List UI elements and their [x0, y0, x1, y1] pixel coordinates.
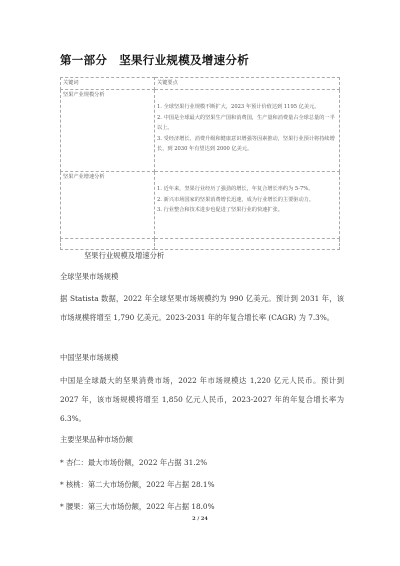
china-heading: 中国坚果市场规模: [60, 353, 118, 363]
row-keyword: 坚果产业增速分析: [61, 172, 155, 239]
section-heading: 坚果行业规模及增速分析: [84, 251, 164, 261]
point: 3. 受经济增长、消费升级和健康意识增强等因素推动，坚果行业预计将持续增长，到 …: [157, 134, 337, 155]
header-keyword: 关键词: [61, 78, 155, 90]
variety-item: * 杏仁：最大市场份额，2022 年占据 31.2%: [60, 458, 207, 468]
china-paragraph: 中国是全球最大的坚果消费市场，2022 年市场规模达 1,220 亿元人民币。预…: [60, 371, 344, 428]
page-title: 第一部分坚果行业规模及增速分析: [60, 52, 249, 68]
global-paragraph: 据 Statista 数据，2022 年全球坚果市场规模约为 990 亿美元。预…: [60, 289, 344, 327]
point: 3. 行业整合和技术进步也促进了坚果行业的快速扩张。: [157, 205, 337, 216]
row-points: 1. 全球坚果行业规模不断扩大，2023 年预计价值达到 1195 亿美元。 2…: [155, 90, 340, 172]
point: 2. 新兴市场国家的坚果消费增长迅速，成为行业增长的主要驱动力。: [157, 195, 337, 206]
header-points: 关键要点: [155, 78, 340, 90]
global-heading: 全球坚果市场规模: [60, 272, 118, 282]
variety-item: * 核桃：第二大市场份额，2022 年占据 28.1%: [60, 480, 215, 490]
variety-item: * 腰果：第三大市场份额，2022 年占据 18.0%: [60, 502, 215, 512]
title-text: 坚果行业规模及增速分析: [119, 53, 249, 67]
table-row: 坚果产业规模分析 1. 全球坚果行业规模不断扩大，2023 年预计价值达到 11…: [61, 90, 340, 172]
table-row-empty: [61, 239, 340, 250]
key-points-table: 关键词 关键要点 坚果产业规模分析 1. 全球坚果行业规模不断扩大，2023 年…: [60, 77, 340, 250]
page-number: 2 / 24: [0, 516, 400, 522]
empty-cell: [61, 239, 155, 250]
table-row: 坚果产业增速分析 1. 近年来，坚果行业经历了强劲的增长，年复合增长率约为 5-…: [61, 172, 340, 239]
varieties-heading: 主要坚果品种市场份额: [60, 435, 133, 445]
point: 2. 中国是全球最大的坚果生产国和消费国，生产量和消费量占全球总量的一半以上。: [157, 113, 337, 134]
row-keyword: 坚果产业规模分析: [61, 90, 155, 172]
point: 1. 近年来，坚果行业经历了强劲的增长，年复合增长率约为 5-7%。: [157, 184, 337, 195]
row-points: 1. 近年来，坚果行业经历了强劲的增长，年复合增长率约为 5-7%。 2. 新兴…: [155, 172, 340, 239]
empty-cell: [155, 239, 340, 250]
table-header-row: 关键词 关键要点: [61, 78, 340, 90]
title-part: 第一部分: [60, 53, 107, 67]
point: 1. 全球坚果行业规模不断扩大，2023 年预计价值达到 1195 亿美元。: [157, 102, 337, 113]
